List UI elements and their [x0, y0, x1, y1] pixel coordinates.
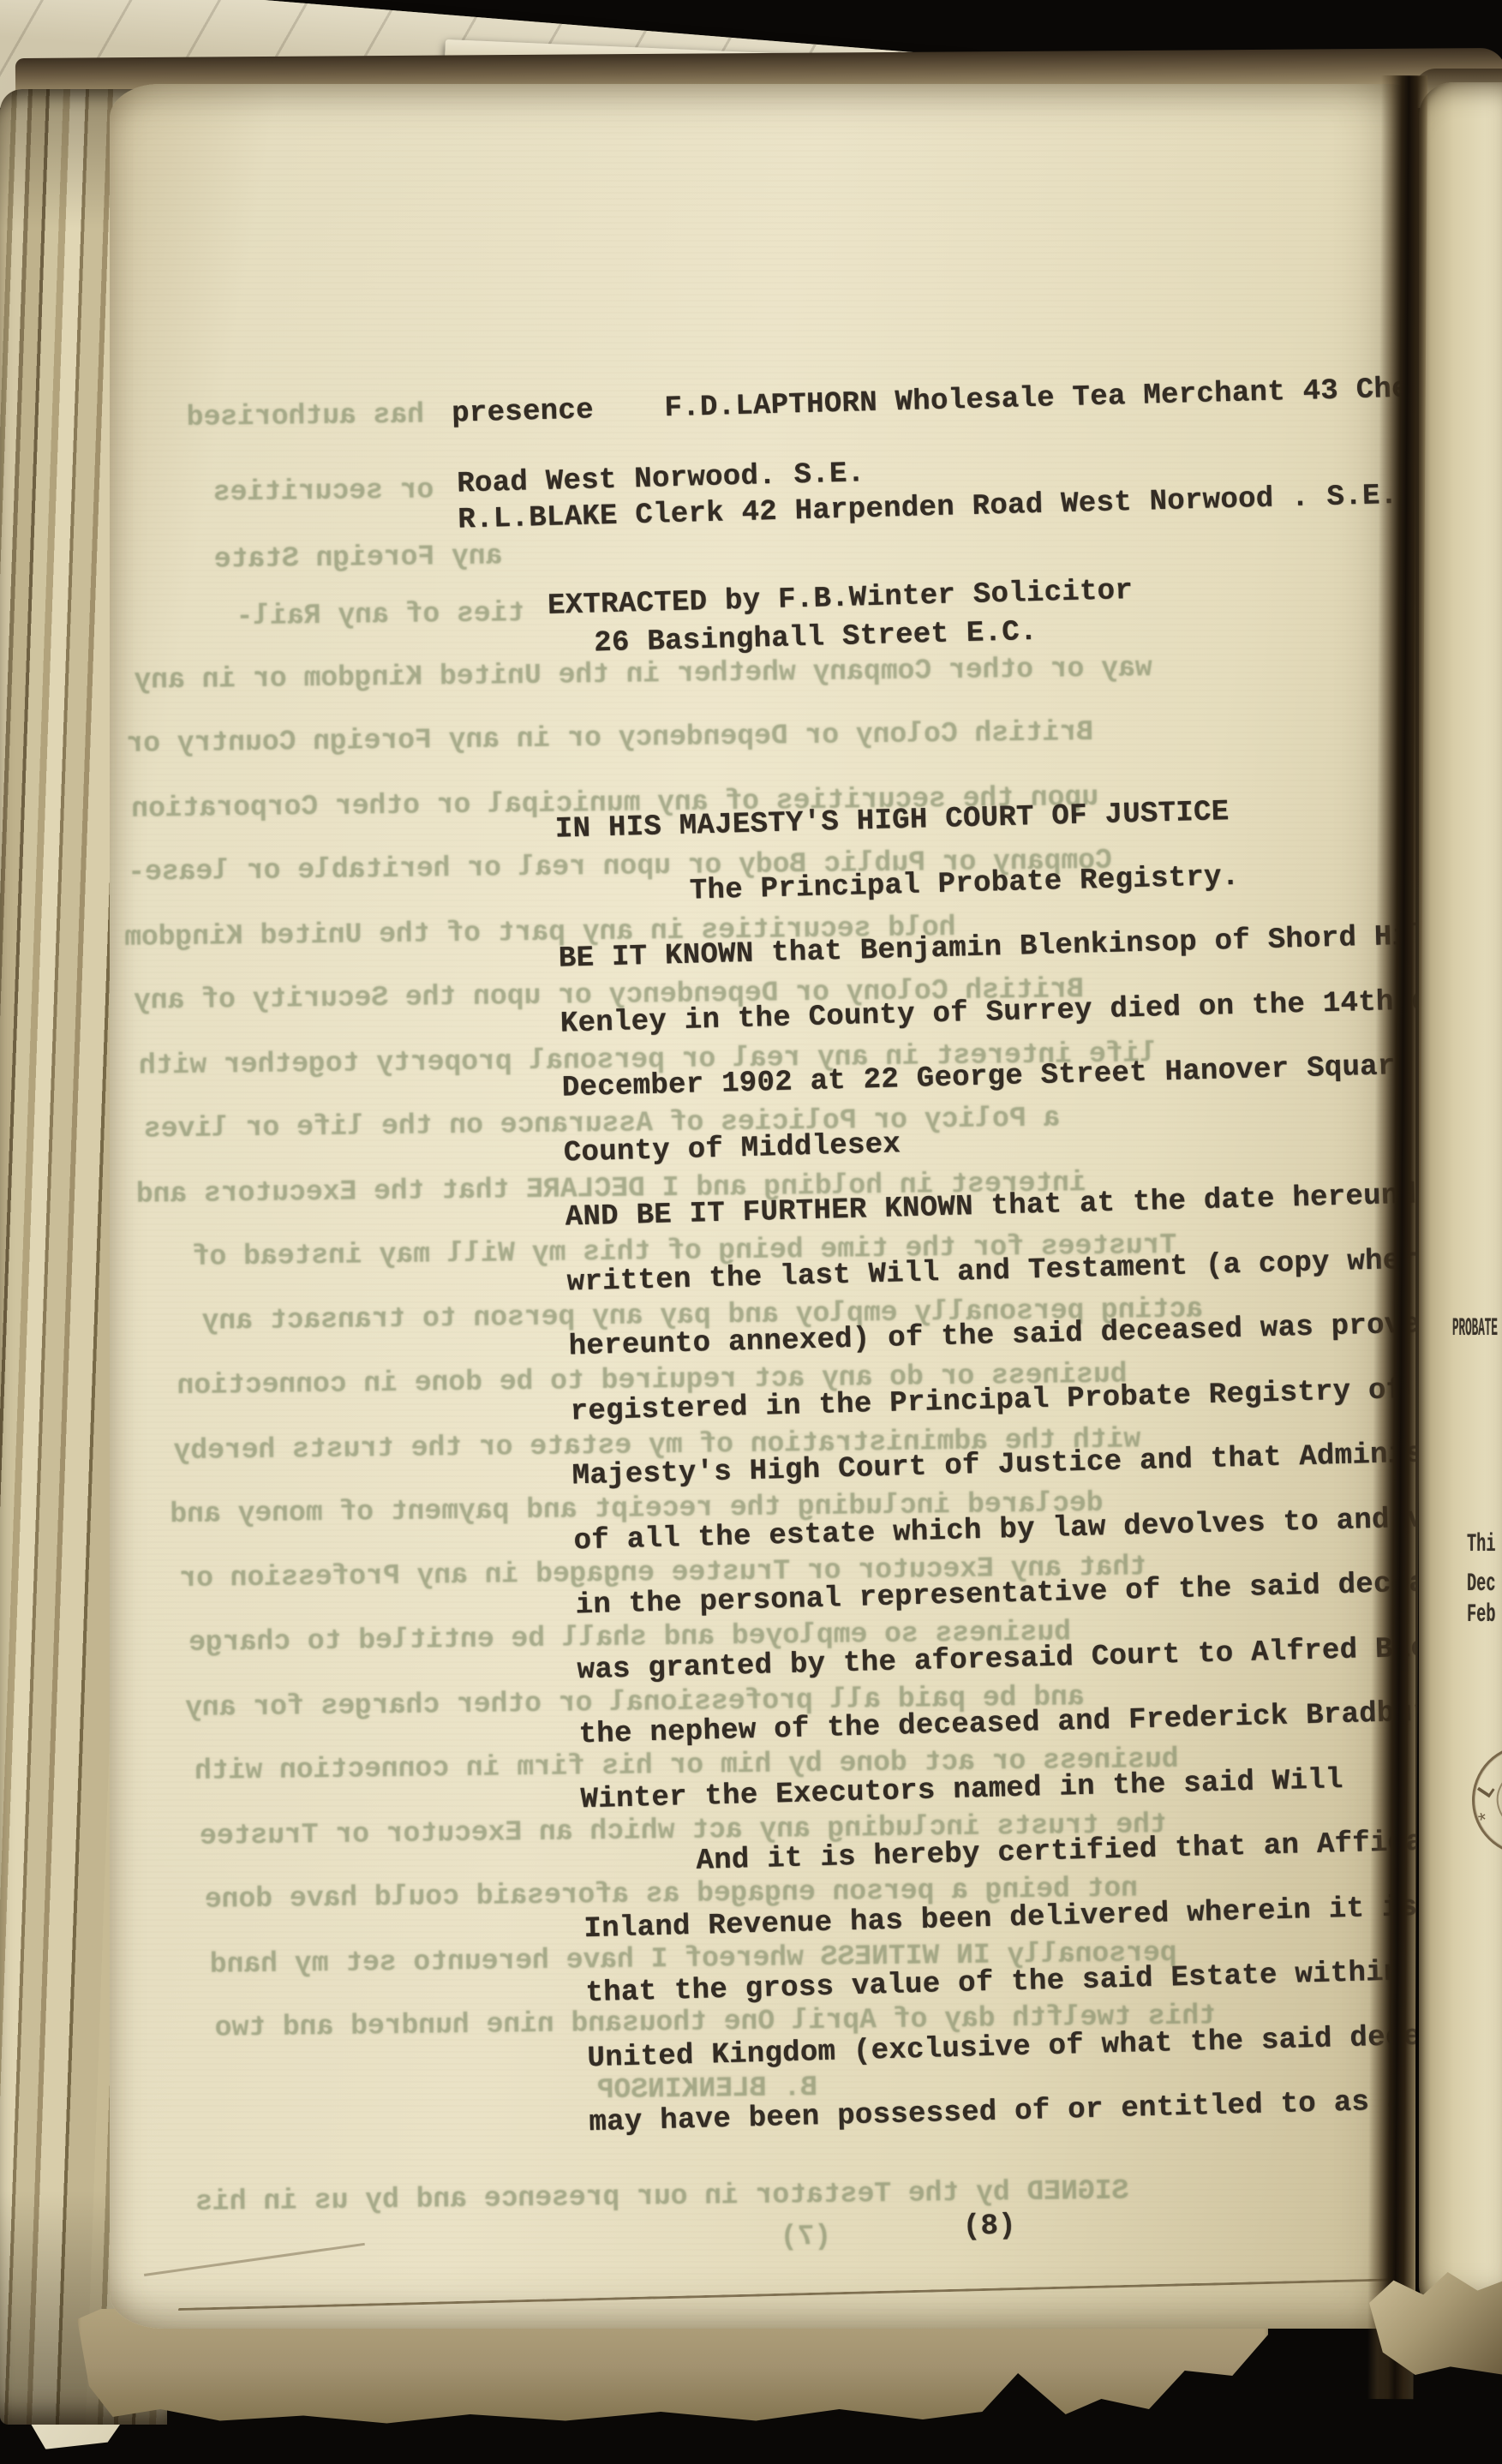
document-page: has authorised or securities any Foreign…: [110, 84, 1415, 2329]
witness-line: presence F.D.LAPTHORN Wholesale Tea Merc…: [452, 371, 1415, 431]
typed-text-layer: presence F.D.LAPTHORN Wholesale Tea Merc…: [110, 84, 1415, 2328]
extracted-line: EXTRACTED by F.B.Winter Solicitor: [548, 575, 1134, 623]
probate-label: PROBATE: [1452, 1314, 1498, 1343]
right-page-fragment: Feb: [1467, 1600, 1495, 1630]
probate-text-block: IN HIS MAJESTY'S HIGH COURT OF JUSTICE T…: [554, 767, 1415, 2156]
page-number: (8): [962, 2210, 1016, 2244]
book-photo: { "colors":{ "background":"#0a0806", "pa…: [0, 0, 1502, 2464]
right-page-sliver: PROBATE Thi Dec Feb L *: [1419, 82, 1502, 2305]
stamp-star: *: [1475, 1810, 1493, 1836]
extracted-address-line: 26 Basinghall Street E.C.: [594, 616, 1038, 661]
right-page-fragment: Thi: [1467, 1530, 1495, 1559]
right-page-fragment: Dec: [1467, 1570, 1495, 1599]
circular-stamp: L *: [1457, 1730, 1502, 1870]
